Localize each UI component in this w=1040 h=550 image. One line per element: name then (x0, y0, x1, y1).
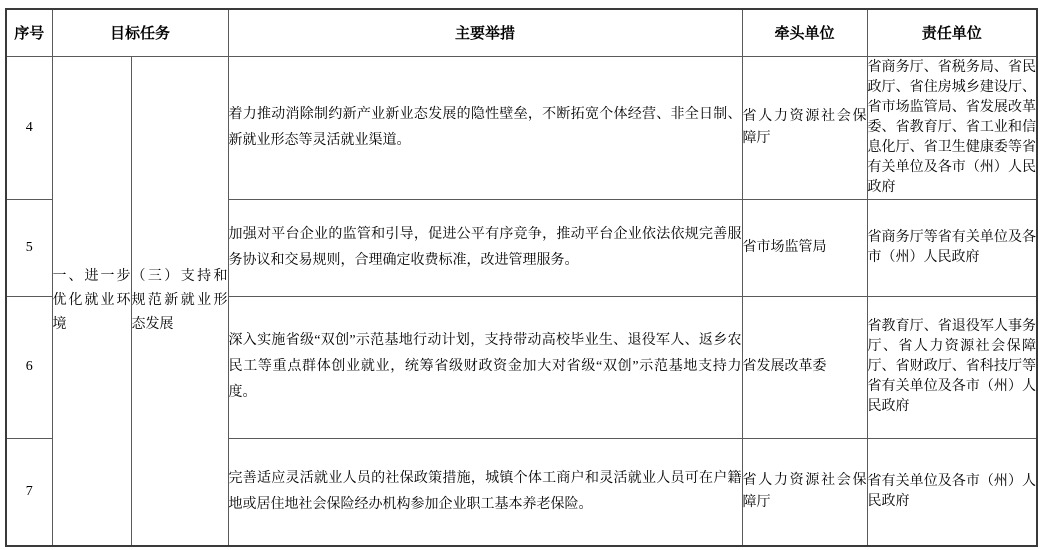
measure-cell: 完善适应灵活就业人员的社保政策措施，城镇个体工商户和灵活就业人员可在户籍地或居住… (228, 438, 742, 546)
responsible-unit-cell: 省商务厅等省有关单位及各市（州）人民政府 (867, 199, 1037, 296)
row-number: 7 (6, 438, 52, 546)
action-plan-table: 序号 目标任务 主要举措 牵头单位 责任单位 4 一、进一步优化就业环境 （三）… (5, 8, 1038, 547)
measure-cell: 加强对平台企业的监管和引导，促进公平有序竞争，推动平台企业依法依规完善服务协议和… (228, 199, 742, 296)
header-row: 序号 目标任务 主要举措 牵头单位 责任单位 (6, 9, 1037, 56)
row-number: 5 (6, 199, 52, 296)
column-header-lead-unit: 牵头单位 (742, 9, 867, 56)
column-header-task: 目标任务 (52, 9, 228, 56)
lead-unit-cell: 省人力资源社会保障厅 (742, 56, 867, 199)
column-header-measures: 主要举措 (228, 9, 742, 56)
measure-cell: 着力推动消除制约新产业新业态发展的隐性壁垒，不断拓宽个体经营、非全日制、新就业形… (228, 56, 742, 199)
lead-unit-cell: 省人力资源社会保障厅 (742, 438, 867, 546)
column-header-no: 序号 (6, 9, 52, 56)
lead-unit-cell: 省发展改革委 (742, 296, 867, 438)
row-number: 4 (6, 56, 52, 199)
table-row-4: 4 一、进一步优化就业环境 （三）支持和规范新就业形态发展 着力推动消除制约新产… (6, 56, 1037, 199)
measure-cell: 深入实施省级“双创”示范基地行动计划，支持带动高校毕业生、退役军人、返乡农民工等… (228, 296, 742, 438)
responsible-unit-cell: 省有关单位及各市（州）人民政府 (867, 438, 1037, 546)
lead-unit-cell: 省市场监管局 (742, 199, 867, 296)
task-group-cell: 一、进一步优化就业环境 (52, 56, 131, 546)
column-header-responsible-unit: 责任单位 (867, 9, 1037, 56)
responsible-unit-cell: 省教育厅、省退役军人事务厅、省人力资源社会保障厅、省财政厅、省科技厅等省有关单位… (867, 296, 1037, 438)
responsible-unit-cell: 省商务厅、省税务局、省民政厅、省住房城乡建设厅、省市场监管局、省发展改革委、省教… (867, 56, 1037, 199)
task-subgroup-cell: （三）支持和规范新就业形态发展 (131, 56, 228, 546)
row-number: 6 (6, 296, 52, 438)
